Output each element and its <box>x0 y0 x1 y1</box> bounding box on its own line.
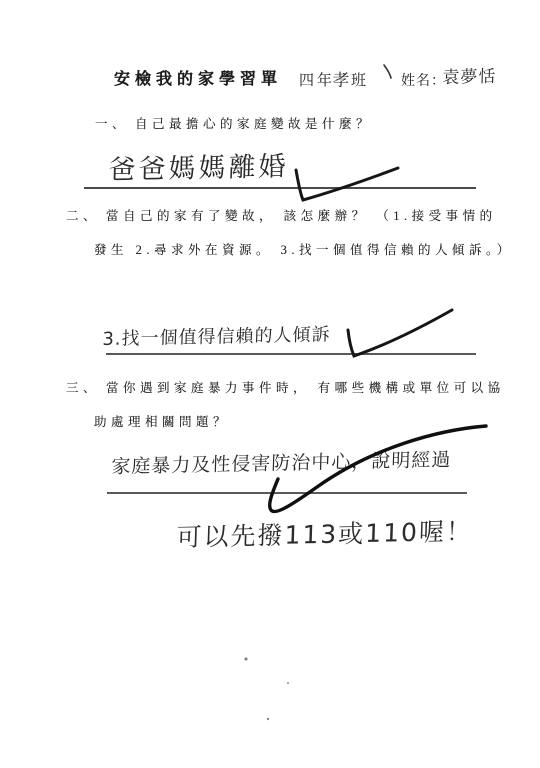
scan-speck <box>287 682 289 684</box>
grade-label: 四年 <box>299 69 335 90</box>
question-1-text: 自己最擔心的家庭變故是什麼？ <box>135 117 373 131</box>
question-2-number: 二、 <box>66 209 106 223</box>
checkmark-icon <box>348 310 452 356</box>
question-2: 二、當自己的家有了變故， 該怎麼辦？ （1.接受事情的發生 2.尋求外在資源。 … <box>66 200 508 267</box>
class-suffix-label: 班 <box>351 69 366 90</box>
worksheet-page: 安檢我的家學習單 四年 孝 班 姓名： 袁夢恬 一、自己最擔心的家庭變故是什麼？… <box>0 0 540 768</box>
worksheet-title: 安檢我的家學習單 <box>114 66 282 89</box>
class-name-handwritten: 孝 <box>332 66 350 91</box>
teacher-note-handwritten: 可以先撥113或110喔！ <box>176 512 474 554</box>
student-name-handwritten: 袁夢恬 <box>442 62 497 88</box>
answer-3-handwritten: 家庭暴力及性侵害防治中心，說明經過 <box>111 445 452 479</box>
answer-line-1 <box>84 187 476 189</box>
stray-pen-tick-icon <box>384 65 391 78</box>
name-label: 姓名： <box>401 70 446 90</box>
checkmark-icon <box>296 168 398 200</box>
answer-1-handwritten: 爸爸媽媽離婚 <box>108 144 289 187</box>
answer-line-3 <box>107 492 467 494</box>
question-1-number: 一、 <box>95 117 135 131</box>
question-3: 三、當你遇到家庭暴力事件時， 有哪些機構或單位可以協助處理相關問題？ <box>66 372 510 439</box>
question-1: 一、自己最擔心的家庭變故是什麼？ <box>95 108 495 142</box>
scan-speck <box>245 658 248 661</box>
scan-speck <box>267 718 269 720</box>
answer-2-handwritten: 3.找一個值得信賴的人傾訴 <box>102 320 331 351</box>
answer-line-2 <box>106 353 476 355</box>
question-3-text: 當你遇到家庭暴力事件時， 有哪些機構或單位可以協助處理相關問題？ <box>94 381 505 429</box>
question-3-number: 三、 <box>66 381 106 395</box>
question-2-text: 當自己的家有了變故， 該怎麼辦？ （1.接受事情的發生 2.尋求外在資源。 3.… <box>94 209 514 257</box>
